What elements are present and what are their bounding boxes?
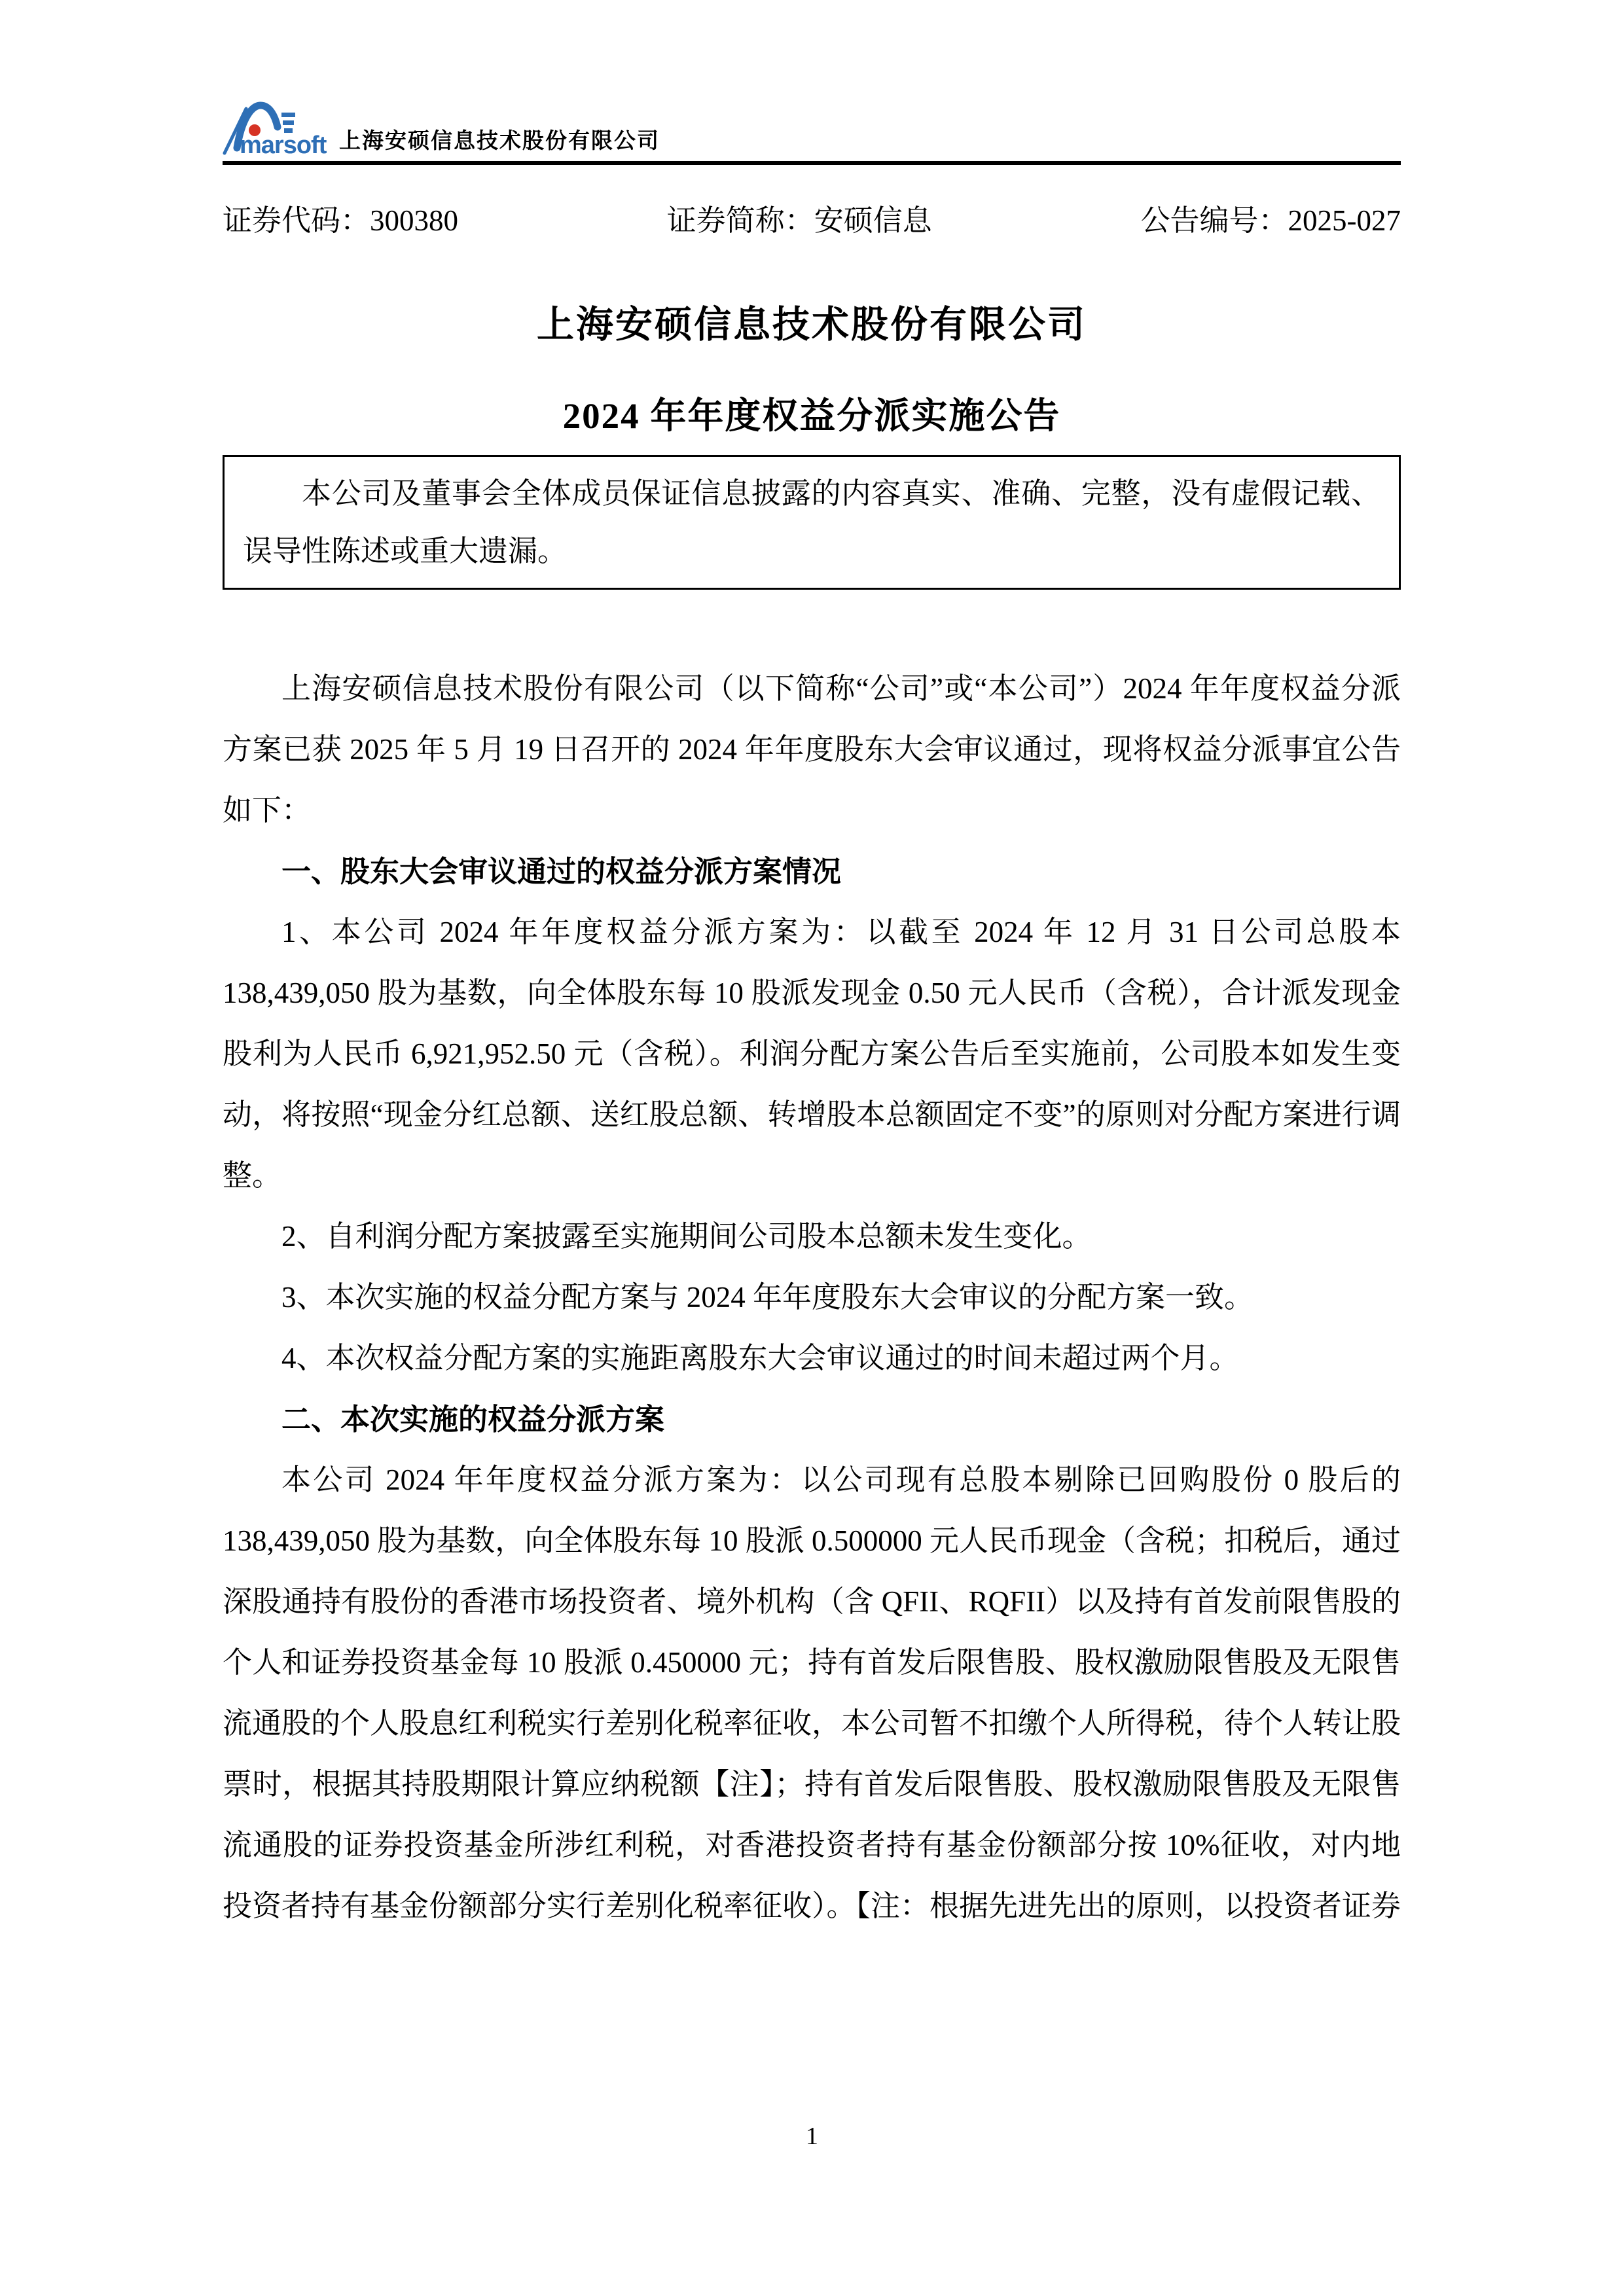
page-number: 1 xyxy=(0,2122,1624,2151)
body-paragraph: 3、本次实施的权益分配方案与 2024 年年度股东大会审议的分配方案一致。 xyxy=(223,1267,1401,1328)
body-paragraph: 上海安硕信息技术股份有限公司（以下简称“公司”或“本公司”）2024 年年度权益… xyxy=(223,658,1401,841)
body-paragraph: 2、自利润分配方案披露至实施期间公司股本总额未发生变化。 xyxy=(223,1206,1401,1267)
document-page: marsoft 上海安硕信息技术股份有限公司 证券代码：300380 证券简称：… xyxy=(0,0,1624,2296)
stock-code: 证券代码：300380 xyxy=(223,201,458,240)
logo-wordmark: marsoft xyxy=(240,132,327,157)
body-paragraph: 本公司 2024 年年度权益分派方案为：以公司现有总股本剔除已回购股份 0 股后… xyxy=(223,1450,1401,1937)
securities-info-bar: 证券代码：300380 证券简称：安硕信息 公告编号：2025-027 xyxy=(223,201,1401,240)
stock-short-name: 证券简称：安硕信息 xyxy=(667,201,932,240)
logo-step-bar xyxy=(283,120,294,125)
announcement-number: 公告编号：2025-027 xyxy=(1141,201,1401,240)
section-heading: 二、本次实施的权益分派方案 xyxy=(223,1389,1401,1450)
document-subtitle: 2024 年年度权益分派实施公告 xyxy=(223,397,1401,435)
document-body: 上海安硕信息技术股份有限公司（以下简称“公司”或“本公司”）2024 年年度权益… xyxy=(223,658,1401,1937)
company-logo: marsoft xyxy=(223,98,327,157)
letterhead: marsoft 上海安硕信息技术股份有限公司 xyxy=(223,97,1401,165)
disclaimer-box: 本公司及董事会全体成员保证信息披露的内容真实、准确、完整，没有虚假记载、误导性陈… xyxy=(223,455,1401,590)
marsoft-logo-icon: marsoft xyxy=(223,98,327,157)
document-title: 上海安硕信息技术股份有限公司 xyxy=(223,306,1401,345)
disclaimer-text: 本公司及董事会全体成员保证信息披露的内容真实、准确、完整，没有虚假记载、误导性陈… xyxy=(243,465,1380,580)
body-paragraph: 1、本公司 2024 年年度权益分派方案为：以截至 2024 年 12 月 31… xyxy=(223,902,1401,1206)
body-paragraph: 4、本次权益分配方案的实施距离股东大会审议通过的时间未超过两个月。 xyxy=(223,1328,1401,1389)
section-heading: 一、股东大会审议通过的权益分派方案情况 xyxy=(223,841,1401,902)
logo-step-bar xyxy=(281,113,295,117)
letterhead-company-name: 上海安硕信息技术股份有限公司 xyxy=(339,124,660,157)
